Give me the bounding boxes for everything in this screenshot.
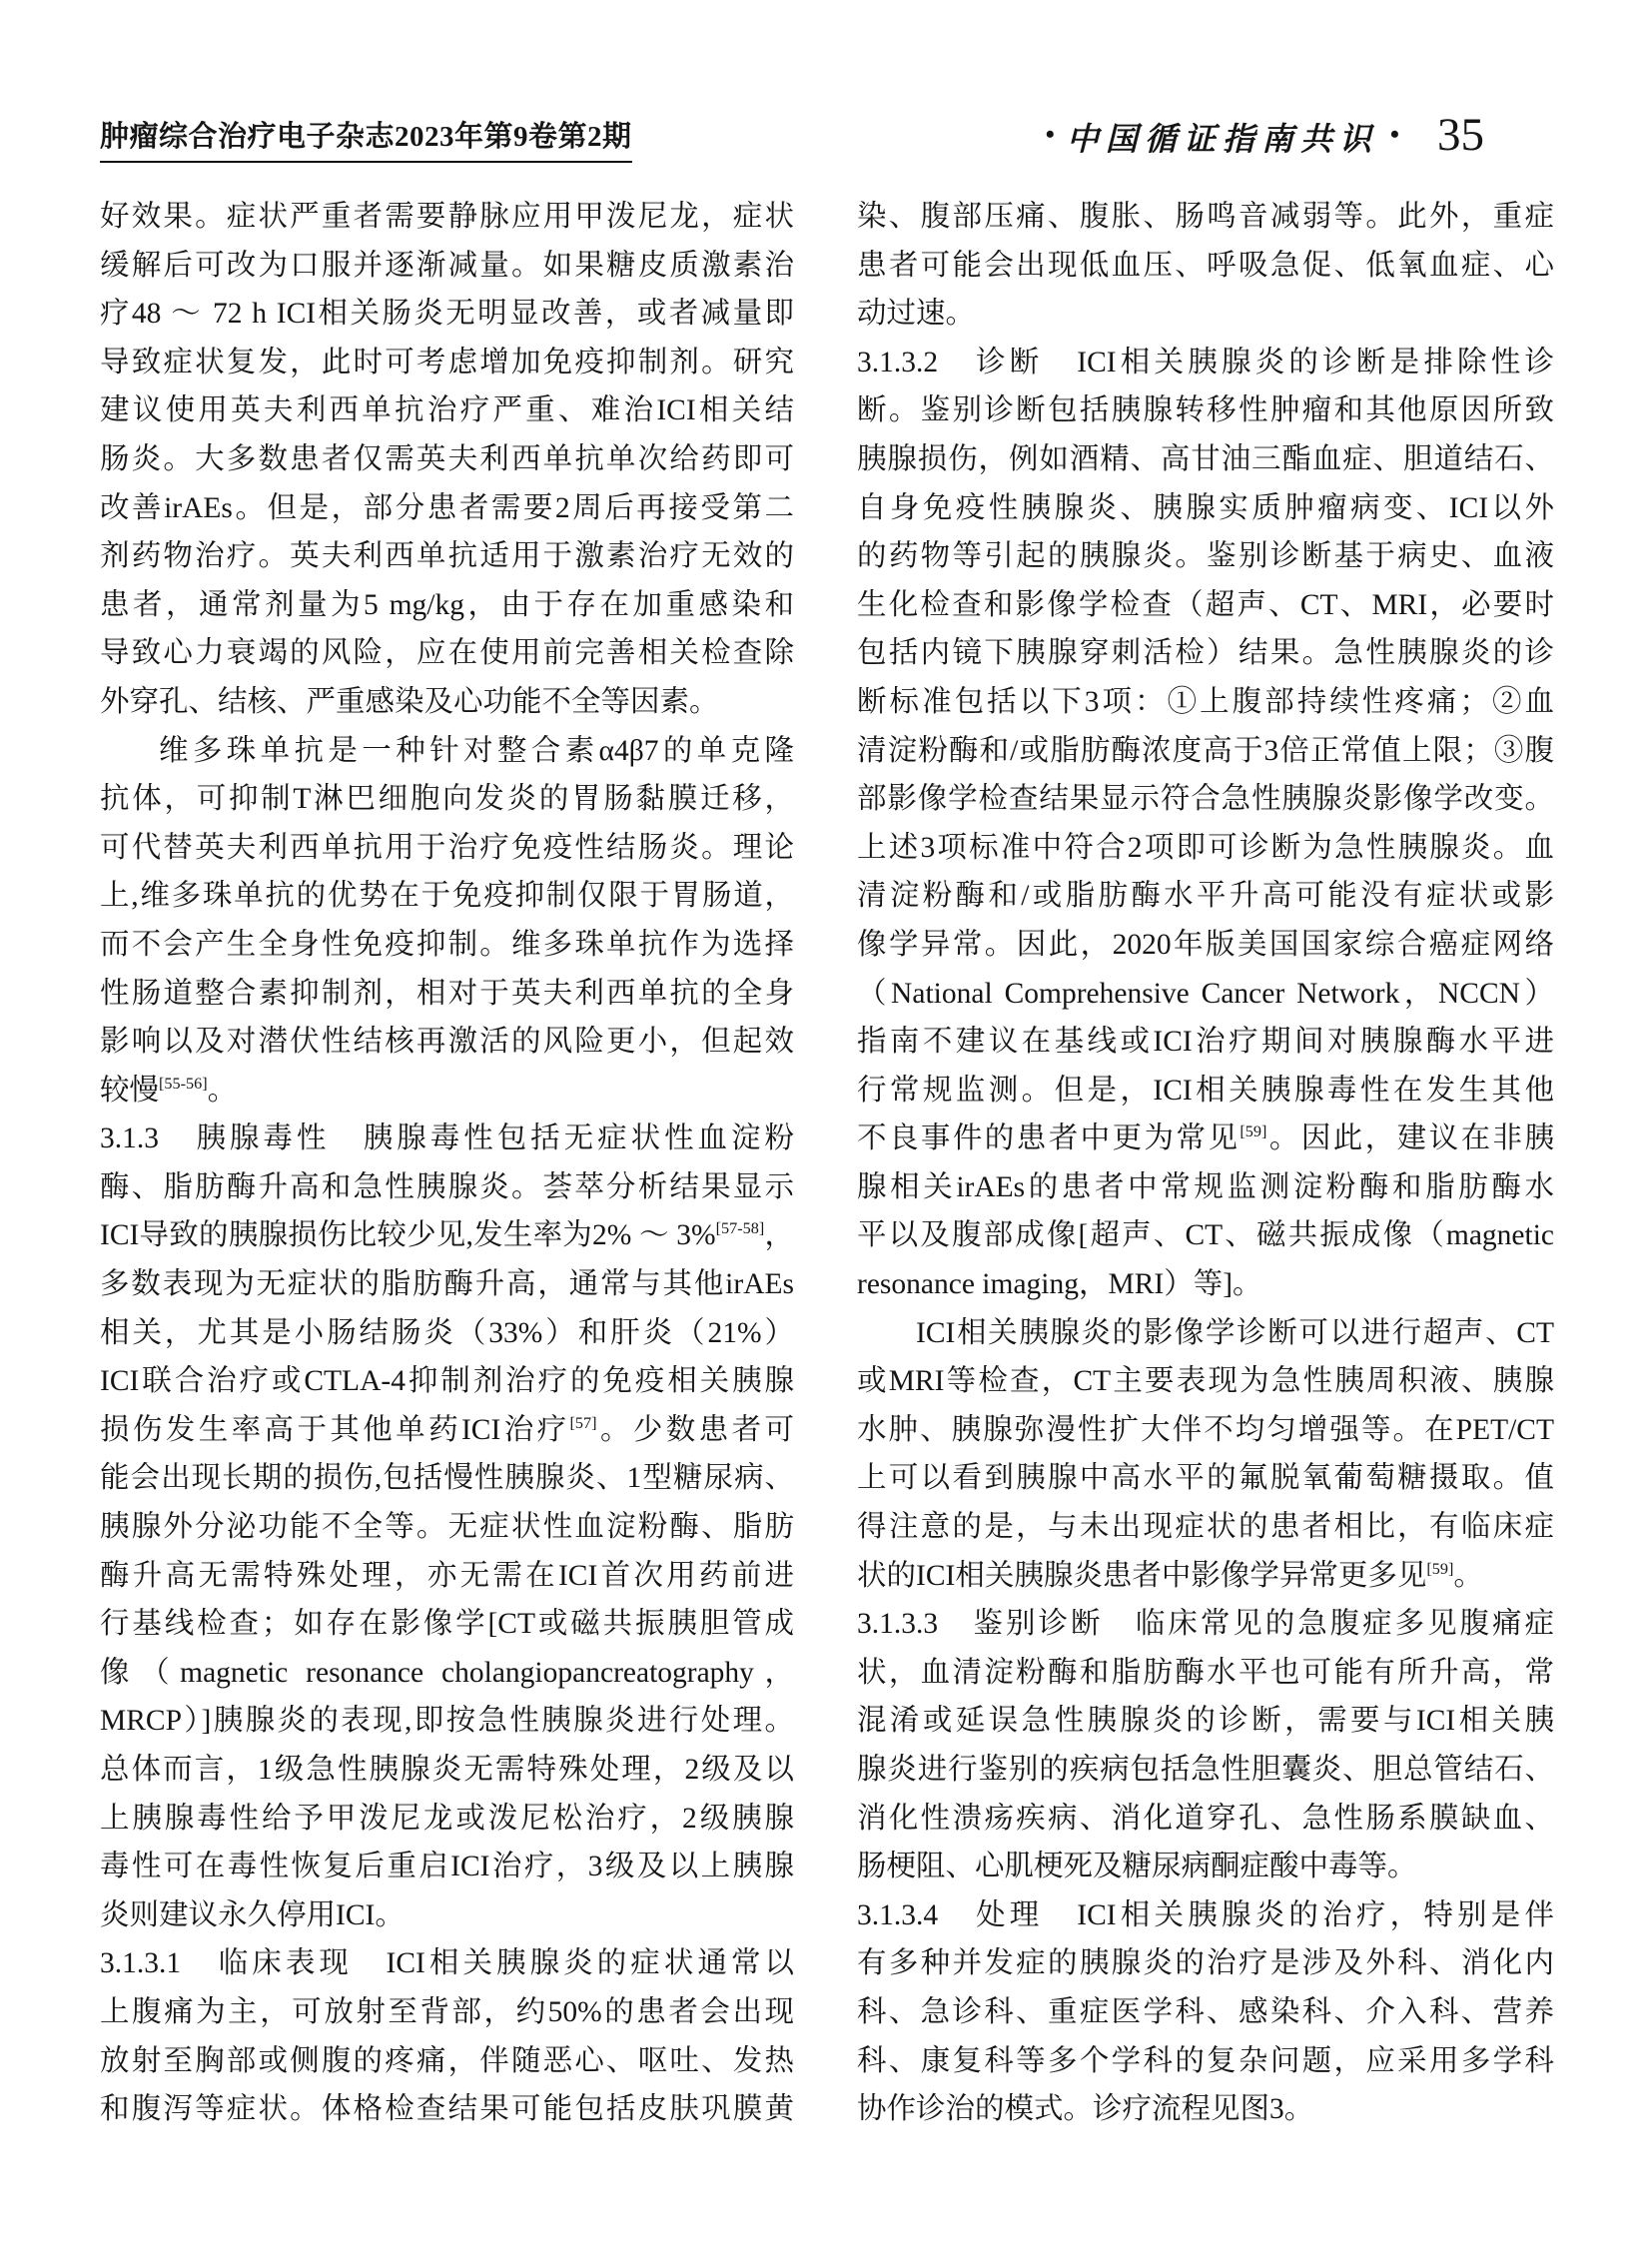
text-line: （National Comprehensive Cancer Network，N… [857,970,1554,1019]
text-line: 指南不建议在基线或ICI治疗期间对胰腺酶水平进 [857,1018,1554,1067]
text-line: 胰腺外分泌功能不全等。无症状性血淀粉酶、脂肪 [100,1503,794,1552]
text-line: 或MRI等检查，CT主要表现为急性胰周积液、胰腺 [857,1357,1554,1406]
text-line: 可代替英夫利西单抗用于治疗免疫性结肠炎。理论 [100,824,794,873]
text-line: 自身免疫性胰腺炎、胰腺实质肿瘤病变、ICI以外 [857,484,1554,533]
text-line: 染、腹部压痛、腹胀、肠鸣音减弱等。此外，重症 [857,193,1554,242]
text-line: 抗体，可抑制T淋巴细胞向发炎的胃肠黏膜迁移， [100,775,794,824]
text-line: 毒性可在毒性恢复后重启ICI治疗，3级及以上胰腺 [100,1843,794,1891]
text-line: 维多珠单抗是一种针对整合素α4β7的单克隆 [100,727,794,776]
text-line: 3.1.3.1 临床表现 ICI相关胰腺炎的症状通常以 [100,1939,794,1988]
text-line: 行常规监测。但是，ICI相关胰腺毒性在发生其他 [857,1067,1554,1116]
text-line: 生化检查和影像学检查（超声、CT、MRI，必要时 [857,581,1554,630]
text-line: 不良事件的患者中更为常见[59]。因此，建议在非胰 [857,1115,1554,1163]
text-line: 得注意的是，与未出现症状的患者相比，有临床症 [857,1503,1554,1552]
text-line: 协作诊治的模式。诊疗流程见图3。 [857,2085,1554,2134]
text-line: 腺相关irAEs的患者中常规监测淀粉酶和脂肪酶水 [857,1163,1554,1212]
text-line: 3.1.3.3 鉴别诊断 临床常见的急腹症多见腹痛症 [857,1600,1554,1649]
text-line: 断。鉴别诊断包括胰腺转移性肿瘤和其他原因所致 [857,386,1554,435]
text-line: 患者，通常剂量为5 mg/kg，由于存在加重感染和 [100,581,794,630]
text-line: 放射至胸部或侧腹的疼痛，伴随恶心、呕吐、发热 [100,2037,794,2086]
text-line: 好效果。症状严重者需要静脉应用甲泼尼龙，症状 [100,193,794,242]
text-line: 能会出现长期的损伤,包括慢性胰腺炎、1型糖尿病、 [100,1454,794,1503]
text-line: 科、急诊科、重症医学科、感染科、介入科、营养 [857,1988,1554,2037]
text-line: 消化性溃疡疾病、消化道穿孔、急性肠系膜缺血、 [857,1795,1554,1844]
text-line: 清淀粉酶和/或脂肪酶浓度高于3倍正常值上限；③腹 [857,727,1554,776]
text-line: 相关，尤其是小肠结肠炎（33%）和肝炎（21%）[59]。 [100,1309,794,1358]
text-line: ICI联合治疗或CTLA-4抑制剂治疗的免疫相关胰腺 [100,1357,794,1406]
text-line: 上腹痛为主，可放射至背部，约50%的患者会出现 [100,1988,794,2037]
reference-superscript: [59] [1426,1560,1453,1578]
text-line: 酶升高无需特殊处理，亦无需在ICI首次用药前进 [100,1552,794,1601]
text-line: 断标准包括以下3项：①上腹部持续性疼痛；②血 [857,678,1554,727]
text-line: 部影像学检查结果显示符合急性胰腺炎影像学改变。 [857,775,1554,824]
bullet-icon: • [1046,122,1055,148]
text-line: 总体而言，1级急性胰腺炎无需特殊处理，2级及以 [100,1746,794,1795]
text-line: 动过速。 [857,290,1554,339]
text-line: ICI导致的胰腺损伤比较少见,发生率为2% ～ 3%[57-58]， [100,1211,794,1260]
text-line: 外穿孔、结核、严重感染及心功能不全等因素。 [100,678,794,727]
text-line: 建议使用英夫利西单抗治疗严重、难治ICI相关结 [100,386,794,435]
text-line: 像（magnetic resonance cholangiopancreatog… [100,1649,794,1698]
text-line: 上述3项标准中符合2项即可诊断为急性胰腺炎。血 [857,824,1554,873]
text-line: 性肠道整合素抑制剂，相对于英夫利西单抗的全身 [100,970,794,1019]
journal-page: 肿瘤综合治疗电子杂志2023年第9卷第2期 • 中国循证指南共识 • 35 好效… [0,0,1652,2242]
header-right: • 中国循证指南共识 • 35 [1034,108,1484,162]
text-line: 3.1.3 胰腺毒性 胰腺毒性包括无症状性血淀粉 [100,1115,794,1163]
text-line: resonance imaging，MRI）等]。 [857,1260,1554,1309]
text-line: 混淆或延误急性胰腺炎的诊断，需要与ICI相关胰 [857,1697,1554,1746]
text-line: 清淀粉酶和/或脂肪酶水平升高可能没有症状或影 [857,872,1554,921]
text-line: 上胰腺毒性给予甲泼尼龙或泼尼松治疗，2级胰腺 [100,1795,794,1844]
text-line: 像学异常。因此，2020年版美国国家综合癌症网络 [857,921,1554,970]
text-line: 缓解后可改为口服并逐渐减量。如果糖皮质激素治 [100,242,794,291]
text-line: 科、康复科等多个学科的复杂问题，应采用多学科 [857,2037,1554,2086]
text-line: ICI相关胰腺炎的影像学诊断可以进行超声、CT [857,1309,1554,1358]
text-line: 导致心力衰竭的风险，应在使用前完善相关检查除 [100,629,794,678]
text-line: 患者可能会出现低血压、呼吸急促、低氧血症、心 [857,242,1554,291]
text-line: 上可以看到胰腺中高水平的氟脱氧葡萄糖摄取。值 [857,1454,1554,1503]
text-line: 剂药物治疗。英夫利西单抗适用于激素治疗无效的 [100,532,794,581]
text-line: 平以及腹部成像[超声、CT、磁共振成像（magnetic [857,1211,1554,1260]
text-line: 3.1.3.4 处理 ICI相关胰腺炎的治疗，特别是伴 [857,1891,1554,1940]
text-line: MRCP）]胰腺炎的表现,即按急性胰腺炎进行处理。 [100,1697,794,1746]
text-line: 包括内镜下胰腺穿刺活检）结果。急性胰腺炎的诊 [857,629,1554,678]
text-line: 肠炎。大多数患者仅需英夫利西单抗单次给药即可 [100,435,794,484]
text-line: 腺炎进行鉴别的疾病包括急性胆囊炎、胆总管结石、 [857,1746,1554,1795]
text-line: 多数表现为无症状的脂肪酶升高，通常与其他irAEs [100,1260,794,1309]
text-line: 影响以及对潜伏性结核再激活的风险更小，但起效 [100,1018,794,1067]
reference-superscript: [55-56] [159,1075,208,1093]
reference-superscript: [59] [1239,1122,1266,1140]
text-line: 而不会产生全身性免疫抑制。维多珠单抗作为选择 [100,921,794,970]
text-line: 行基线检查；如存在影像学[CT或磁共振胰胆管成 [100,1600,794,1649]
text-line: 有多种并发症的胰腺炎的治疗是涉及外科、消化内 [857,1939,1554,1988]
text-line: 的药物等引起的胰腺炎。鉴别诊断基于病史、血液 [857,532,1554,581]
text-line: 较慢[55-56]。 [100,1067,794,1116]
text-line: 和腹泻等症状。体格检查结果可能包括皮肤巩膜黄 [100,2085,794,2134]
text-line: 疗48 ～ 72 h ICI相关肠炎无明显改善，或者减量即 [100,290,794,339]
text-line: 损伤发生率高于其他单药ICI治疗[57]。少数患者可 [100,1406,794,1455]
journal-title: 肿瘤综合治疗电子杂志2023年第9卷第2期 [100,114,632,163]
text-line: 状，血清淀粉酶和脂肪酶水平也可能有所升高，常 [857,1649,1554,1698]
header-section-label: 中国循证指南共识 [1067,114,1378,160]
text-line: 水肿、胰腺弥漫性扩大伴不均匀增强等。在PET/CT [857,1406,1554,1455]
right-column: 染、腹部压痛、腹胀、肠鸣音减弱等。此外，重症患者可能会出现低血压、呼吸急促、低氧… [857,193,1554,2134]
text-line: 改善irAEs。但是，部分患者需要2周后再接受第二 [100,484,794,533]
text-line: 3.1.3.2 诊断 ICI相关胰腺炎的诊断是排除性诊 [857,339,1554,387]
page-number: 35 [1437,108,1484,162]
text-line: 肠梗阻、心肌梗死及糖尿病酮症酸中毒等。 [857,1843,1554,1891]
text-line: 胰腺损伤，例如酒精、高甘油三酯血症、胆道结石、 [857,435,1554,484]
text-line: 导致症状复发，此时可考虑增加免疫抑制剂。研究 [100,339,794,387]
text-line: 状的ICI相关胰腺炎患者中影像学异常更多见[59]。 [857,1552,1554,1601]
bullet-icon: • [1390,122,1399,148]
text-line: 酶、脂肪酶升高和急性胰腺炎。荟萃分析结果显示 [100,1163,794,1212]
left-column: 好效果。症状严重者需要静脉应用甲泼尼龙，症状缓解后可改为口服并逐渐减量。如果糖皮… [100,193,794,2134]
reference-superscript: [57] [570,1414,597,1432]
text-line: 炎则建议永久停用ICI。 [100,1891,794,1940]
reference-superscript: [57-58] [716,1220,765,1238]
text-line: 上,维多珠单抗的优势在于免疫抑制仅限于胃肠道， [100,872,794,921]
